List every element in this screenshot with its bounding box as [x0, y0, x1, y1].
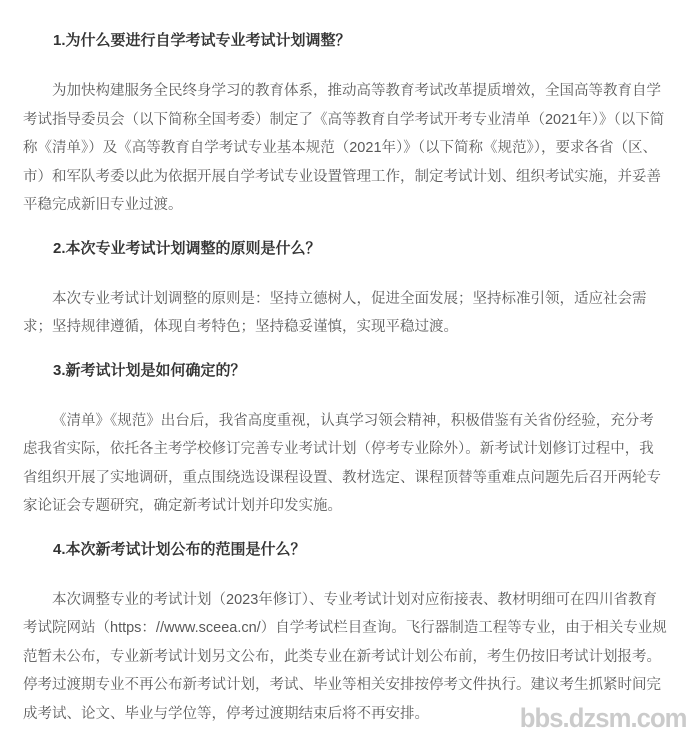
- faq-answer-2: 本次专业考试计划调整的原则是：坚持立德树人，促进全面发展；坚持标准引领，适应社会…: [23, 285, 668, 342]
- faq-answer-1: 为加快构建服务全民终身学习的教育体系，推动高等教育考试改革提质增效，全国高等教育…: [23, 77, 668, 220]
- faq-question-3: 3.新考试计划是如何确定的？: [23, 360, 668, 382]
- faq-question-2: 2.本次专业考试计划调整的原则是什么？: [23, 238, 668, 260]
- faq-item-1: 1.为什么要进行自学考试专业考试计划调整？ 为加快构建服务全民终身学习的教育体系…: [23, 30, 668, 220]
- faq-item-2: 2.本次专业考试计划调整的原则是什么？ 本次专业考试计划调整的原则是：坚持立德树…: [23, 238, 668, 342]
- faq-item-3: 3.新考试计划是如何确定的？ 《清单》《规范》出台后，我省高度重视，认真学习领会…: [23, 360, 668, 521]
- document-page: 1.为什么要进行自学考试专业考试计划调整？ 为加快构建服务全民终身学习的教育体系…: [0, 0, 691, 740]
- faq-answer-3: 《清单》《规范》出台后，我省高度重视，认真学习领会精神，积极借鉴有关省份经验，充…: [23, 407, 668, 521]
- faq-question-4: 4.本次新考试计划公布的范围是什么？: [23, 539, 668, 561]
- faq-article: 1.为什么要进行自学考试专业考试计划调整？ 为加快构建服务全民终身学习的教育体系…: [0, 0, 691, 728]
- faq-item-4: 4.本次新考试计划公布的范围是什么？ 本次调整专业的考试计划（2023年修订）、…: [23, 539, 668, 729]
- faq-question-1: 1.为什么要进行自学考试专业考试计划调整？: [23, 30, 668, 52]
- watermark: bbs.dzsm.com: [520, 703, 687, 734]
